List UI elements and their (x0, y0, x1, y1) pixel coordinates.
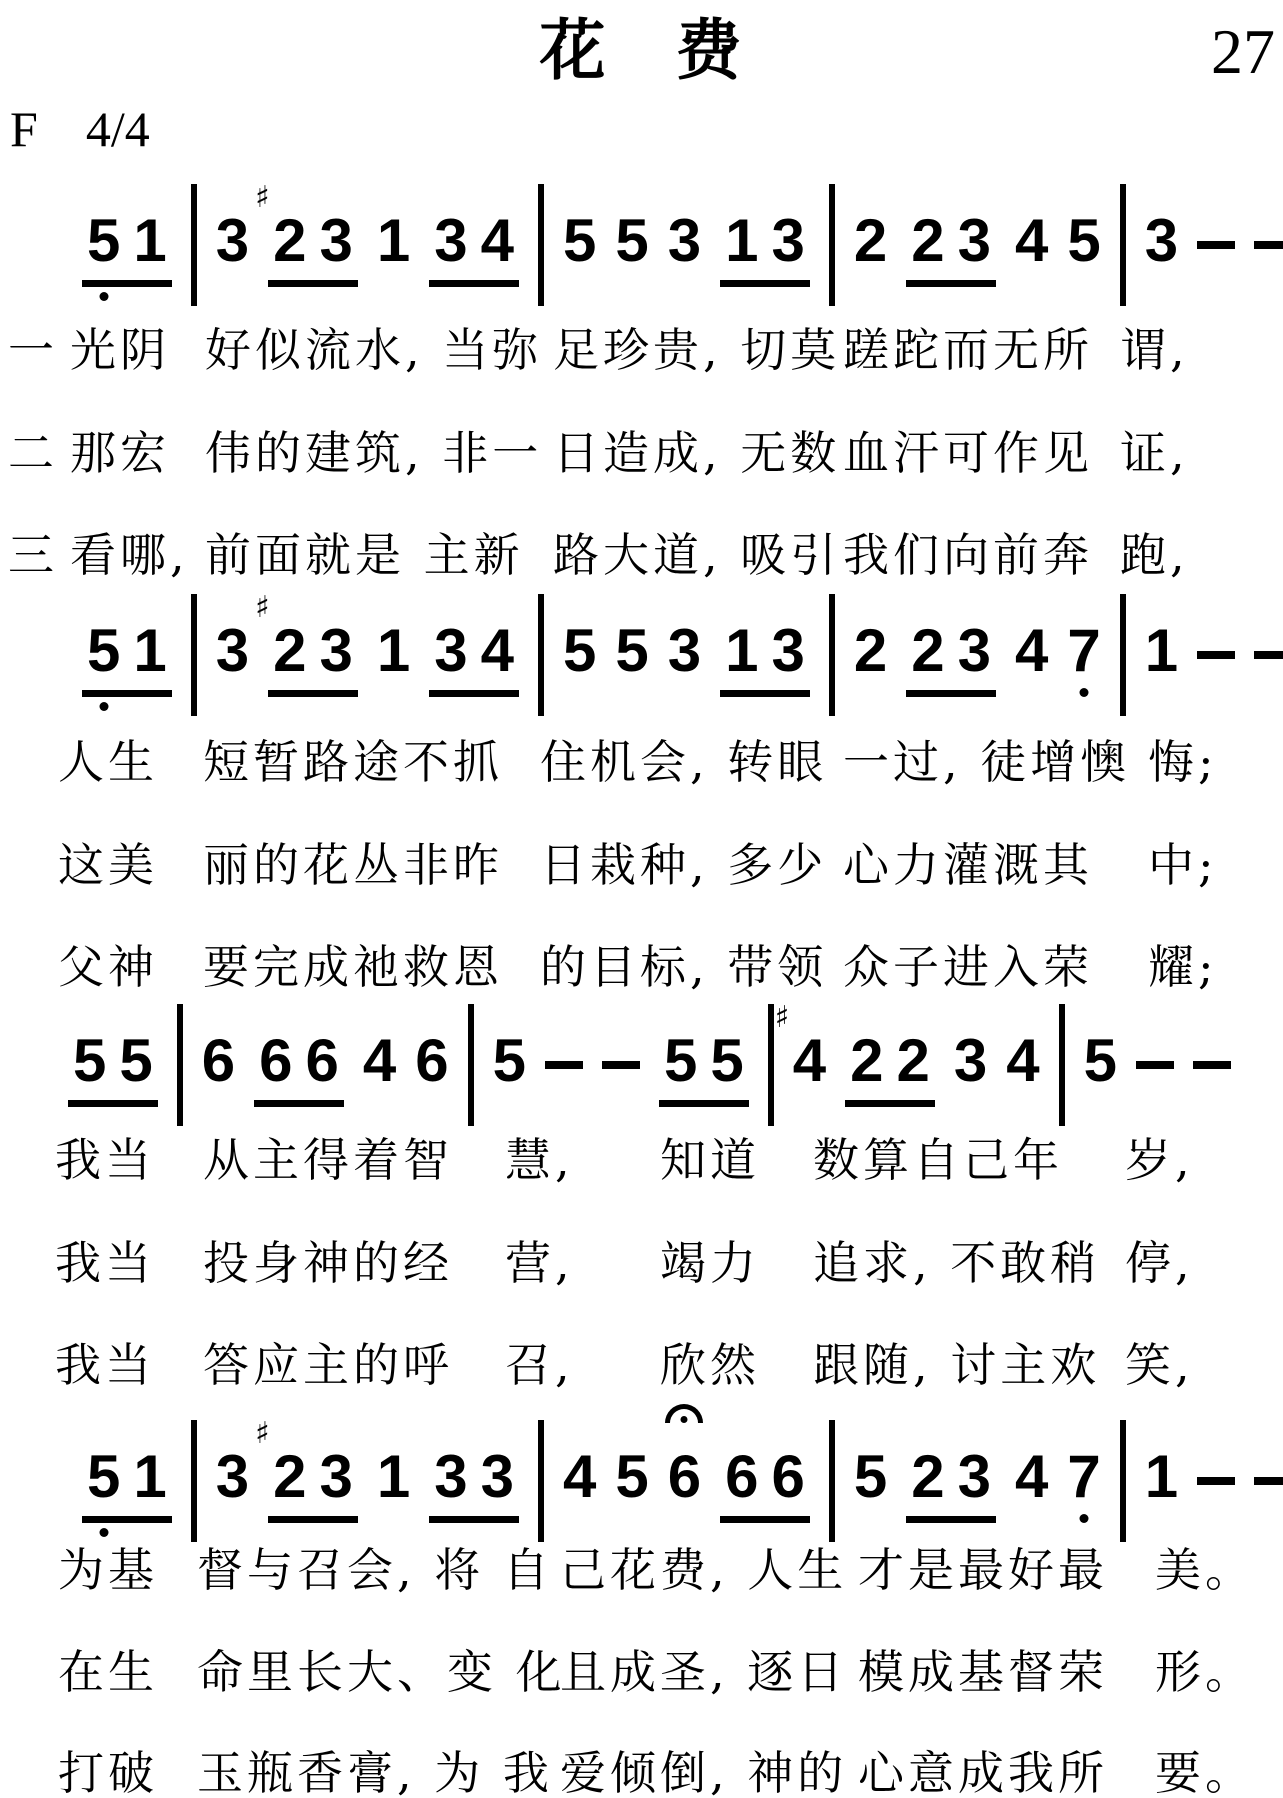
low-octave-dot (99, 292, 108, 301)
lyric-segment: 营, (505, 1236, 574, 1290)
note-digit: 5 (87, 210, 120, 272)
beam-group: 66 (720, 1446, 810, 1523)
lyric-segment: 我当 (55, 1133, 155, 1187)
bar-line (1059, 1004, 1065, 1126)
lyric-segment: 我当 (55, 1338, 155, 1392)
beam-group: 33 (429, 1446, 519, 1523)
note-digit: 5 (493, 1030, 526, 1092)
lyric-segment: 且成圣, 逐日 (560, 1645, 847, 1699)
note-7: 7 (1067, 620, 1100, 682)
note-3: 3 (958, 1446, 991, 1508)
note-digit: 3 (772, 620, 805, 682)
note-2: 2 (854, 620, 887, 682)
note-digit: 2 (273, 210, 306, 272)
note-digit: 1 (377, 1446, 410, 1508)
lyric-row-2: 二那宏伟的建筑, 非一日造成, 无数血汗可作见证, (0, 426, 1283, 482)
note-3: 3 (434, 210, 467, 272)
lyric-segment: 为基 (58, 1543, 158, 1597)
note-digit: 2 (850, 1030, 883, 1092)
lyric-segment: 一 (8, 323, 58, 377)
duration-dash (545, 1061, 583, 1069)
beam-group: 22 (845, 1030, 935, 1107)
note-digit: 6 (306, 1030, 339, 1092)
note-5: 5 (87, 620, 120, 682)
note-digit: 5 (854, 1446, 887, 1508)
note-digit: 5 (664, 1030, 697, 1092)
note-digit: 4 (563, 1446, 596, 1508)
lyric-segment: 要完成祂救恩 (203, 940, 503, 994)
lyric-segment: 这美 (58, 838, 158, 892)
note-1: 1 (725, 210, 758, 272)
lyric-segment: 父神 (58, 940, 158, 994)
note-digit: 6 (772, 1446, 805, 1508)
lyric-segment: 一过, 徒增懊 (843, 735, 1130, 789)
beam-group: 2♯3 (268, 620, 358, 697)
low-octave-dot (1080, 1514, 1089, 1523)
note-3: 3 (958, 620, 991, 682)
lyric-segment: 爱倾倒, 神的 (560, 1746, 847, 1798)
note-digit: 3 (958, 620, 991, 682)
note-digit: 5 (73, 1030, 106, 1092)
sharp-icon: ♯ (255, 183, 270, 213)
note-digit: 2 (897, 1030, 930, 1092)
note-digit: 1 (377, 620, 410, 682)
key-signature: F 4/4 (10, 102, 150, 157)
beam-group: 51 (82, 620, 172, 697)
lyric-segment: 心力灌溉其 (843, 838, 1093, 892)
lyric-segment: 中; (1148, 838, 1218, 892)
note-digit: 4 (793, 1030, 826, 1092)
lyric-segment: 好似流水, 当弥 (205, 323, 542, 377)
note-digit: 3 (668, 620, 701, 682)
bar-line (191, 594, 197, 716)
note-digit: 1 (377, 210, 410, 272)
music-line-1: 5132♯313455313223453 (82, 210, 1283, 332)
lyric-segment: 形。 (1155, 1645, 1255, 1699)
note-digit: 3 (434, 210, 467, 272)
lyric-segment: 才是最好最 (858, 1543, 1108, 1597)
beam-group: 55 (68, 1030, 158, 1107)
bar-line (538, 1420, 544, 1542)
note-1: 1 (133, 620, 166, 682)
lyric-row-12: 打破玉瓶香膏, 为 我爱倾倒, 神的心意成我所要。 (0, 1746, 1283, 1798)
duration-dash (602, 1061, 640, 1069)
note-digit: 4 (481, 210, 514, 272)
duration-dash (1193, 1061, 1231, 1069)
duration-dash (1254, 241, 1283, 249)
lyric-segment: 蹉跎而无所 (843, 323, 1093, 377)
note-1: 1 (377, 1446, 410, 1508)
lyric-row-10: 为基督与召会, 将 自己花费, 人生才是最好最美。 (0, 1543, 1283, 1599)
duration-dash (1197, 241, 1235, 249)
lyric-segment: 在生 (58, 1645, 158, 1699)
note-5: 5 (1084, 1030, 1117, 1092)
note-digit: 1 (1145, 620, 1178, 682)
lyric-segment: 看哪, (70, 528, 189, 582)
lyric-segment: 短暂路途不抓 (203, 735, 503, 789)
sharp-icon: ♯ (255, 1419, 270, 1449)
lyric-segment: 前面就是 主新 (205, 528, 524, 582)
note-digit: 4 (1015, 1446, 1048, 1508)
beam-group: 66 (254, 1030, 344, 1107)
lyric-row-7: 我当从主得着智慧,知道数算自己年岁, (0, 1133, 1283, 1189)
lyric-segment: 众子进入荣 (843, 940, 1093, 994)
bar-line (177, 1004, 183, 1126)
note-3: 3 (772, 210, 805, 272)
note-digit: 1 (725, 620, 758, 682)
note-5: 5 (710, 1030, 743, 1092)
note-5: 5 (664, 1030, 697, 1092)
lyric-segment: 住机会, 转眼 (540, 735, 827, 789)
note-digit: 1 (1145, 1446, 1178, 1508)
lyric-segment: 心意成我所 (858, 1746, 1108, 1798)
beam-group: 2♯3 (268, 210, 358, 287)
bar-line (829, 1420, 835, 1542)
note-digit: 3 (320, 1446, 353, 1508)
lyric-segment: 悔; (1148, 735, 1218, 789)
note-digit: 5 (87, 620, 120, 682)
bar-line (191, 184, 197, 306)
lyric-row-11: 在生命里长大、变 化且成圣, 逐日模成基督荣形。 (0, 1645, 1283, 1701)
note-5: 5 (615, 1446, 648, 1508)
note-1: 1 (377, 620, 410, 682)
note-4: 4 (481, 210, 514, 272)
lyric-segment: 人生 (58, 735, 158, 789)
note-digit: 3 (668, 210, 701, 272)
duration-dash (1197, 651, 1235, 659)
note-digit: 5 (563, 620, 596, 682)
lyric-segment: 知道 (660, 1133, 760, 1187)
note-digit: 7 (1067, 620, 1100, 682)
duration-dash (1136, 1061, 1174, 1069)
note-6: 6 (202, 1030, 235, 1092)
note-digit: 4 (363, 1030, 396, 1092)
note-4: 4♯ (793, 1030, 826, 1092)
note-5: 5 (615, 620, 648, 682)
note-digit: 2 (911, 210, 944, 272)
bar-line (829, 184, 835, 306)
note-5: 5 (493, 1030, 526, 1092)
note-digit: 2 (854, 210, 887, 272)
lyric-segment: 竭力 (660, 1236, 760, 1290)
note-5: 5 (73, 1030, 106, 1092)
lyric-segment: 从主得着智 (203, 1133, 453, 1187)
note-2: 2 (850, 1030, 883, 1092)
lyric-segment: 耀; (1148, 940, 1218, 994)
note-2: 2♯ (273, 1446, 306, 1508)
lyric-segment: 跑, (1120, 528, 1189, 582)
note-digit: 3 (954, 1030, 987, 1092)
lyric-segment: 召, (505, 1338, 574, 1392)
note-5: 5 (563, 620, 596, 682)
lyric-segment: 岁, (1125, 1133, 1194, 1187)
note-2: 2 (897, 1030, 930, 1092)
note-5: 5 (615, 210, 648, 272)
lyric-segment: 的目标, 带领 (540, 940, 827, 994)
bar-line (538, 184, 544, 306)
note-digit: 3 (216, 210, 249, 272)
lyric-segment: 那宏 (70, 426, 170, 480)
note-3: 3 (320, 1446, 353, 1508)
beam-group: 23 (906, 620, 996, 697)
note-4: 4 (481, 620, 514, 682)
note-digit: 1 (133, 210, 166, 272)
lyric-segment: 日造成, 无数 (553, 426, 840, 480)
note-digit: 3 (481, 1446, 514, 1508)
lyric-segment: 丽的花丛非昨 (203, 838, 503, 892)
note-digit: 5 (1067, 210, 1100, 272)
lyric-segment: 证, (1120, 426, 1189, 480)
lyric-segment: 光阴 (70, 323, 170, 377)
note-digit: 6 (202, 1030, 235, 1092)
lyric-segment: 伟的建筑, 非一 (205, 426, 542, 480)
note-digit: 5 (1084, 1030, 1117, 1092)
note-2: 2 (911, 210, 944, 272)
page-title: 花 费 (0, 14, 1283, 87)
note-1: 1 (133, 210, 166, 272)
note-digit: 4 (481, 620, 514, 682)
note-digit: 2 (273, 1446, 306, 1508)
note-3: 3 (216, 210, 249, 272)
note-3: 3 (668, 210, 701, 272)
lyric-segment: 模成基督荣 (858, 1645, 1108, 1699)
note-digit: 3 (320, 210, 353, 272)
lyric-segment: 命里长大、变 化 (197, 1645, 566, 1699)
note-digit: 3 (958, 1446, 991, 1508)
lyric-segment: 要。 (1155, 1746, 1255, 1798)
note-digit: 7 (1067, 1446, 1100, 1508)
note-2: 2 (911, 620, 944, 682)
note-5: 5 (119, 1030, 152, 1092)
lyric-row-3: 三看哪,前面就是 主新路大道, 吸引我们向前奔跑, (0, 528, 1283, 584)
lyric-row-9: 我当答应主的呼召,欣然跟随, 讨主欢笑, (0, 1338, 1283, 1394)
lyric-segment: 玉瓶香膏, 为 我 (197, 1746, 553, 1798)
lyric-segment: 打破 (58, 1746, 158, 1798)
duration-dash (1254, 1477, 1283, 1485)
note-3: 3 (320, 210, 353, 272)
beam-group: 51 (82, 1446, 172, 1523)
note-2: 2♯ (273, 620, 306, 682)
note-1: 1 (1145, 620, 1178, 682)
lyric-segment: 三 (8, 528, 58, 582)
note-digit: 5 (615, 210, 648, 272)
bar-line (768, 1004, 774, 1126)
note-3: 3 (1145, 210, 1178, 272)
beam-group: 55 (659, 1030, 749, 1107)
note-7: 7 (1067, 1446, 1100, 1508)
lyric-segment: 投身神的经 (203, 1236, 453, 1290)
beam-group: 2♯3 (268, 1446, 358, 1523)
lyric-segment: 笑, (1125, 1338, 1194, 1392)
note-6: 6 (772, 1446, 805, 1508)
note-digit: 3 (1145, 210, 1178, 272)
note-3: 3 (434, 1446, 467, 1508)
note-digit: 6 (259, 1030, 292, 1092)
low-octave-dot (99, 1528, 108, 1537)
note-digit: 3 (320, 620, 353, 682)
note-2: 2 (854, 210, 887, 272)
lyric-segment: 数算自己年 (813, 1133, 1063, 1187)
note-1: 1 (377, 210, 410, 272)
note-6: 6 (668, 1446, 701, 1508)
note-digit: 4 (1015, 210, 1048, 272)
note-4: 4 (363, 1030, 396, 1092)
lyric-segment: 二 (8, 426, 58, 480)
note-4: 4 (1006, 1030, 1039, 1092)
lyric-row-6: 父神要完成祂救恩的目标, 带领众子进入荣耀; (0, 940, 1283, 996)
lyric-segment: 停, (1125, 1236, 1194, 1290)
note-digit: 2 (911, 620, 944, 682)
bar-line (829, 594, 835, 716)
note-5: 5 (563, 210, 596, 272)
note-4: 4 (563, 1446, 596, 1508)
note-digit: 5 (119, 1030, 152, 1092)
fermata-icon (665, 1404, 703, 1423)
note-digit: 5 (87, 1446, 120, 1508)
beam-group: 51 (82, 210, 172, 287)
lyric-row-8: 我当投身神的经营,竭力追求, 不敢稍停, (0, 1236, 1283, 1292)
note-digit: 1 (133, 620, 166, 682)
note-3: 3 (668, 620, 701, 682)
note-digit: 3 (434, 1446, 467, 1508)
duration-dash (1197, 1477, 1235, 1485)
note-digit: 6 (668, 1446, 701, 1508)
sharp-icon: ♯ (775, 1003, 790, 1033)
note-digit: 3 (958, 210, 991, 272)
note-2: 2♯ (273, 210, 306, 272)
lyric-segment: 路大道, 吸引 (553, 528, 840, 582)
lyric-segment: 跟随, 讨主欢 (813, 1338, 1100, 1392)
beam-group: 23 (906, 1446, 996, 1523)
meter-label: 4/4 (86, 102, 150, 157)
note-digit: 5 (710, 1030, 743, 1092)
lyric-segment: 谓, (1120, 323, 1189, 377)
lyric-row-5: 这美丽的花丛非昨日栽种, 多少心力灌溉其中; (0, 838, 1283, 894)
note-5: 5 (1067, 210, 1100, 272)
note-digit: 5 (615, 1446, 648, 1508)
page-number: 27 (1211, 20, 1275, 84)
beam-group: 34 (429, 210, 519, 287)
bar-line (1120, 594, 1126, 716)
lyric-segment: 美。 (1155, 1543, 1255, 1597)
note-6: 6 (725, 1446, 758, 1508)
note-digit: 5 (563, 210, 596, 272)
note-digit: 5 (615, 620, 648, 682)
lyric-segment: 我们向前奔 (843, 528, 1093, 582)
note-3: 3 (434, 620, 467, 682)
note-5: 5 (87, 1446, 120, 1508)
bar-line (1120, 184, 1126, 306)
note-3: 3 (320, 620, 353, 682)
note-3: 3 (958, 210, 991, 272)
note-1: 1 (1145, 1446, 1178, 1508)
bar-line (1120, 1420, 1126, 1542)
lyric-segment: 我当 (55, 1236, 155, 1290)
note-6: 6 (306, 1030, 339, 1092)
lyric-row-4: 人生短暂路途不抓住机会, 转眼一过, 徒增懊悔; (0, 735, 1283, 791)
low-octave-dot (1080, 688, 1089, 697)
note-digit: 4 (1006, 1030, 1039, 1092)
lyric-segment: 己花费, 人生 (560, 1543, 847, 1597)
sharp-icon: ♯ (255, 593, 270, 623)
lyric-segment: 答应主的呼 (203, 1338, 453, 1392)
note-6: 6 (415, 1030, 448, 1092)
beam-group: 23 (906, 210, 996, 287)
bar-line (191, 1420, 197, 1542)
key-label: F (10, 102, 38, 157)
note-4: 4 (1015, 1446, 1048, 1508)
note-digit: 3 (216, 620, 249, 682)
note-3: 3 (481, 1446, 514, 1508)
note-digit: 6 (725, 1446, 758, 1508)
beam-group: 13 (720, 210, 810, 287)
note-digit: 4 (1015, 620, 1048, 682)
note-6: 6 (259, 1030, 292, 1092)
note-5: 5 (87, 210, 120, 272)
lyric-segment: 足珍贵, 切莫 (553, 323, 840, 377)
low-octave-dot (99, 702, 108, 711)
note-digit: 3 (772, 210, 805, 272)
lyric-segment: 血汗可作见 (843, 426, 1093, 480)
lyric-row-1: 一光阴好似流水, 当弥足珍贵, 切莫蹉跎而无所谓, (0, 323, 1283, 379)
note-2: 2 (911, 1446, 944, 1508)
lyric-segment: 督与召会, 将 自 (197, 1543, 553, 1597)
lyric-segment: 欣然 (660, 1338, 760, 1392)
bar-line (468, 1004, 474, 1126)
note-digit: 3 (434, 620, 467, 682)
note-4: 4 (1015, 210, 1048, 272)
note-3: 3 (216, 1446, 249, 1508)
note-digit: 1 (725, 210, 758, 272)
note-digit: 2 (854, 620, 887, 682)
duration-dash (1254, 651, 1283, 659)
note-5: 5 (854, 1446, 887, 1508)
note-digit: 2 (273, 620, 306, 682)
beam-group: 13 (720, 620, 810, 697)
note-digit: 1 (133, 1446, 166, 1508)
note-1: 1 (725, 620, 758, 682)
lyric-segment: 追求, 不敢稍 (813, 1236, 1100, 1290)
note-digit: 3 (216, 1446, 249, 1508)
note-digit: 6 (415, 1030, 448, 1092)
note-3: 3 (216, 620, 249, 682)
bar-line (538, 594, 544, 716)
note-4: 4 (1015, 620, 1048, 682)
note-digit: 2 (911, 1446, 944, 1508)
music-line-2: 5132♯313455313223471 (82, 620, 1283, 742)
note-3: 3 (954, 1030, 987, 1092)
note-1: 1 (133, 1446, 166, 1508)
beam-group: 34 (429, 620, 519, 697)
lyric-segment: 慧, (505, 1133, 574, 1187)
lyric-segment: 日栽种, 多少 (540, 838, 827, 892)
note-3: 3 (772, 620, 805, 682)
